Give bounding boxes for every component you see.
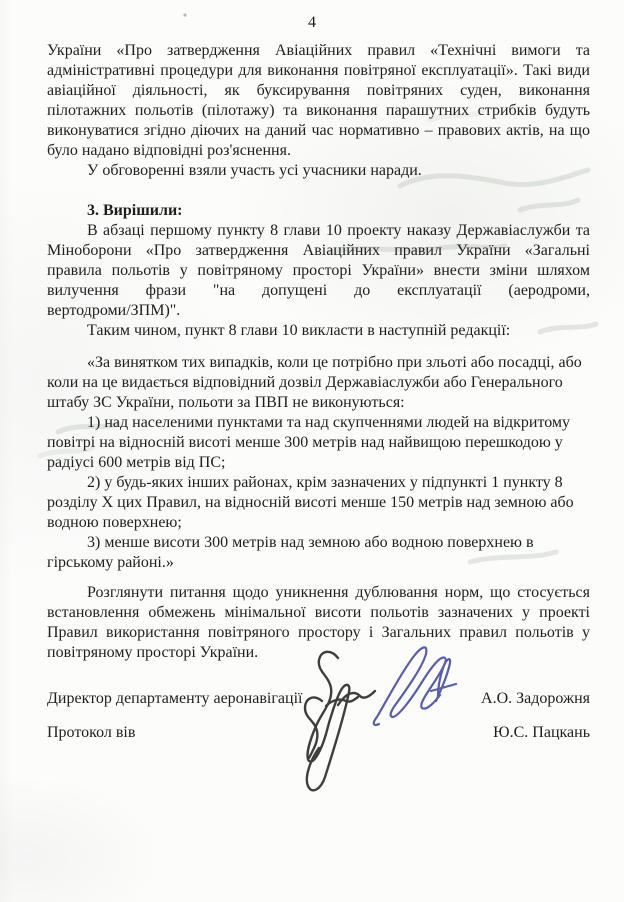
signature-block: Директор департаменту аеронавігації А.О.… (47, 689, 590, 743)
text-line: виконуватися згідно діючих на даний час … (47, 121, 590, 141)
text-line: встановлення обмежень мінімальної висоти… (47, 603, 590, 623)
paragraph-block: України «Про затвердження Авіаційних пра… (47, 41, 590, 161)
text-line: гірському районі.» (47, 553, 590, 573)
text-line: У обговоренні взяли участь усі учасники … (47, 161, 590, 181)
text-line: вертодроми/ЗПМ)". (47, 301, 590, 321)
text-line: правила польотів у повітряному просторі … (47, 261, 590, 281)
signer-role: Протокол вів (47, 723, 135, 743)
text-line: «За винятком тих випадків, коли це потрі… (47, 353, 590, 373)
signature-row-director: Директор департаменту аеронавігації А.О.… (47, 689, 590, 709)
text-line: 1) над населеними пунктами та над скупче… (47, 413, 590, 433)
text-line: штабу ЗС України, польоти за ПВП не вико… (47, 393, 590, 413)
heading-line: 3. Вирішили: (47, 201, 590, 221)
text-line: коли на це видається відповідний дозвіл … (47, 373, 590, 393)
signer-role: Директор департаменту аеронавігації (47, 689, 302, 709)
signer-name: Ю.С. Пацкань (493, 723, 590, 743)
paragraph-block: Розглянути питання щодо уникнення дублюв… (47, 583, 590, 663)
text-line: Правил використання повітряного простору… (47, 623, 590, 643)
scanned-document-page: 4 України «Про затвердження Авіаційних п… (0, 0, 624, 902)
text-line: України «Про затвердження Авіаційних пра… (47, 41, 590, 61)
text-line: було надано відповідні роз'яснення. (47, 141, 590, 161)
page-number: 4 (0, 13, 624, 33)
paragraph-block: «За винятком тих випадків, коли це потрі… (47, 353, 590, 573)
document-body: України «Про затвердження Авіаційних пра… (47, 41, 590, 663)
text-line: адміністративні процедури для виконання … (47, 61, 590, 81)
text-line: В абзаці першому пункту 8 глави 10 проек… (47, 221, 590, 241)
text-line: повітряному просторі України. (47, 643, 590, 663)
paragraph-block: У обговоренні взяли участь усі учасники … (47, 161, 590, 181)
text-line: повітрі на відносній висоті менше 300 ме… (47, 433, 590, 453)
text-line: Розглянути питання щодо уникнення дублюв… (47, 583, 590, 603)
text-line: водною поверхнею; (47, 513, 590, 533)
text-line: вилучення фрази "на допущені до експлуат… (47, 281, 590, 301)
signature-row-protocol: Протокол вів Ю.С. Пацкань (47, 723, 590, 743)
text-line: 3) менше висоти 300 метрів над земною аб… (47, 533, 590, 553)
text-line: розділу Х цих Правил, на відносній висот… (47, 493, 590, 513)
text-line: пілотажних польотів (пілотажу) та викона… (47, 101, 590, 121)
paragraph-block: В абзаці першому пункту 8 глави 10 проек… (47, 221, 590, 321)
signer-name: А.О. Задорожня (481, 689, 590, 709)
text-line: авіаційної діяльності, як буксирування п… (47, 81, 590, 101)
text-line: радіусі 600 метрів від ПС; (47, 453, 590, 473)
text-line: Міноборони «Про затвердження Авіаційних … (47, 241, 590, 261)
text-line: 2) у будь-яких інших районах, крім зазна… (47, 473, 590, 493)
text-line: Таким чином, пункт 8 глави 10 викласти в… (47, 321, 590, 341)
heading-block: 3. Вирішили: (47, 201, 590, 221)
paragraph-block: Таким чином, пункт 8 глави 10 викласти в… (47, 321, 590, 341)
